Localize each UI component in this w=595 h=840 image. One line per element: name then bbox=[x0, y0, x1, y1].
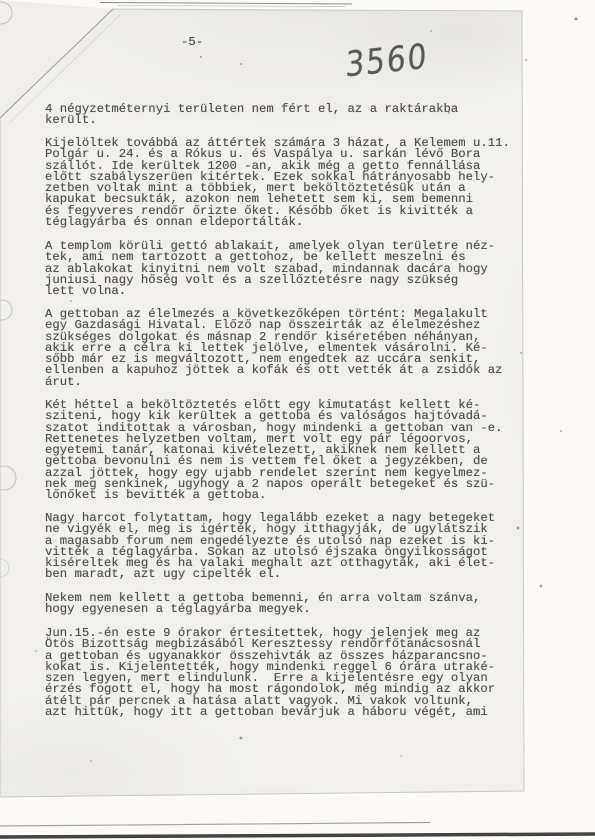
paragraph: Jun.15.-én este 9 órakor értesitettek, h… bbox=[45, 628, 523, 718]
handwritten-archive-number: 3560 bbox=[345, 39, 429, 82]
paragraph: Kijelöltek továbbá az áttértek számára 3… bbox=[45, 138, 523, 228]
scanned-document-page: -5- 3560 4 négyzetméternyi területen nem… bbox=[0, 0, 595, 840]
paragraph: A gettoban az élelmezés a következőképen… bbox=[45, 309, 523, 388]
page-number: -5- bbox=[181, 37, 203, 48]
paragraph: Nagy harcot folytattam, hogy legalább ez… bbox=[45, 513, 523, 581]
typewritten-text-layer: -5- 3560 4 négyzetméternyi területen nem… bbox=[0, 0, 595, 840]
paragraph: A templom körüli gettó ablakait, amelyek… bbox=[45, 241, 523, 297]
paragraph: 4 négyzetméternyi területen nem fért el,… bbox=[45, 104, 523, 127]
paragraph: Két héttel a beköltöztetés előtt egy kim… bbox=[45, 400, 523, 501]
paragraph: Nekem nem kellett a gettoba bemenni, én … bbox=[45, 593, 523, 616]
